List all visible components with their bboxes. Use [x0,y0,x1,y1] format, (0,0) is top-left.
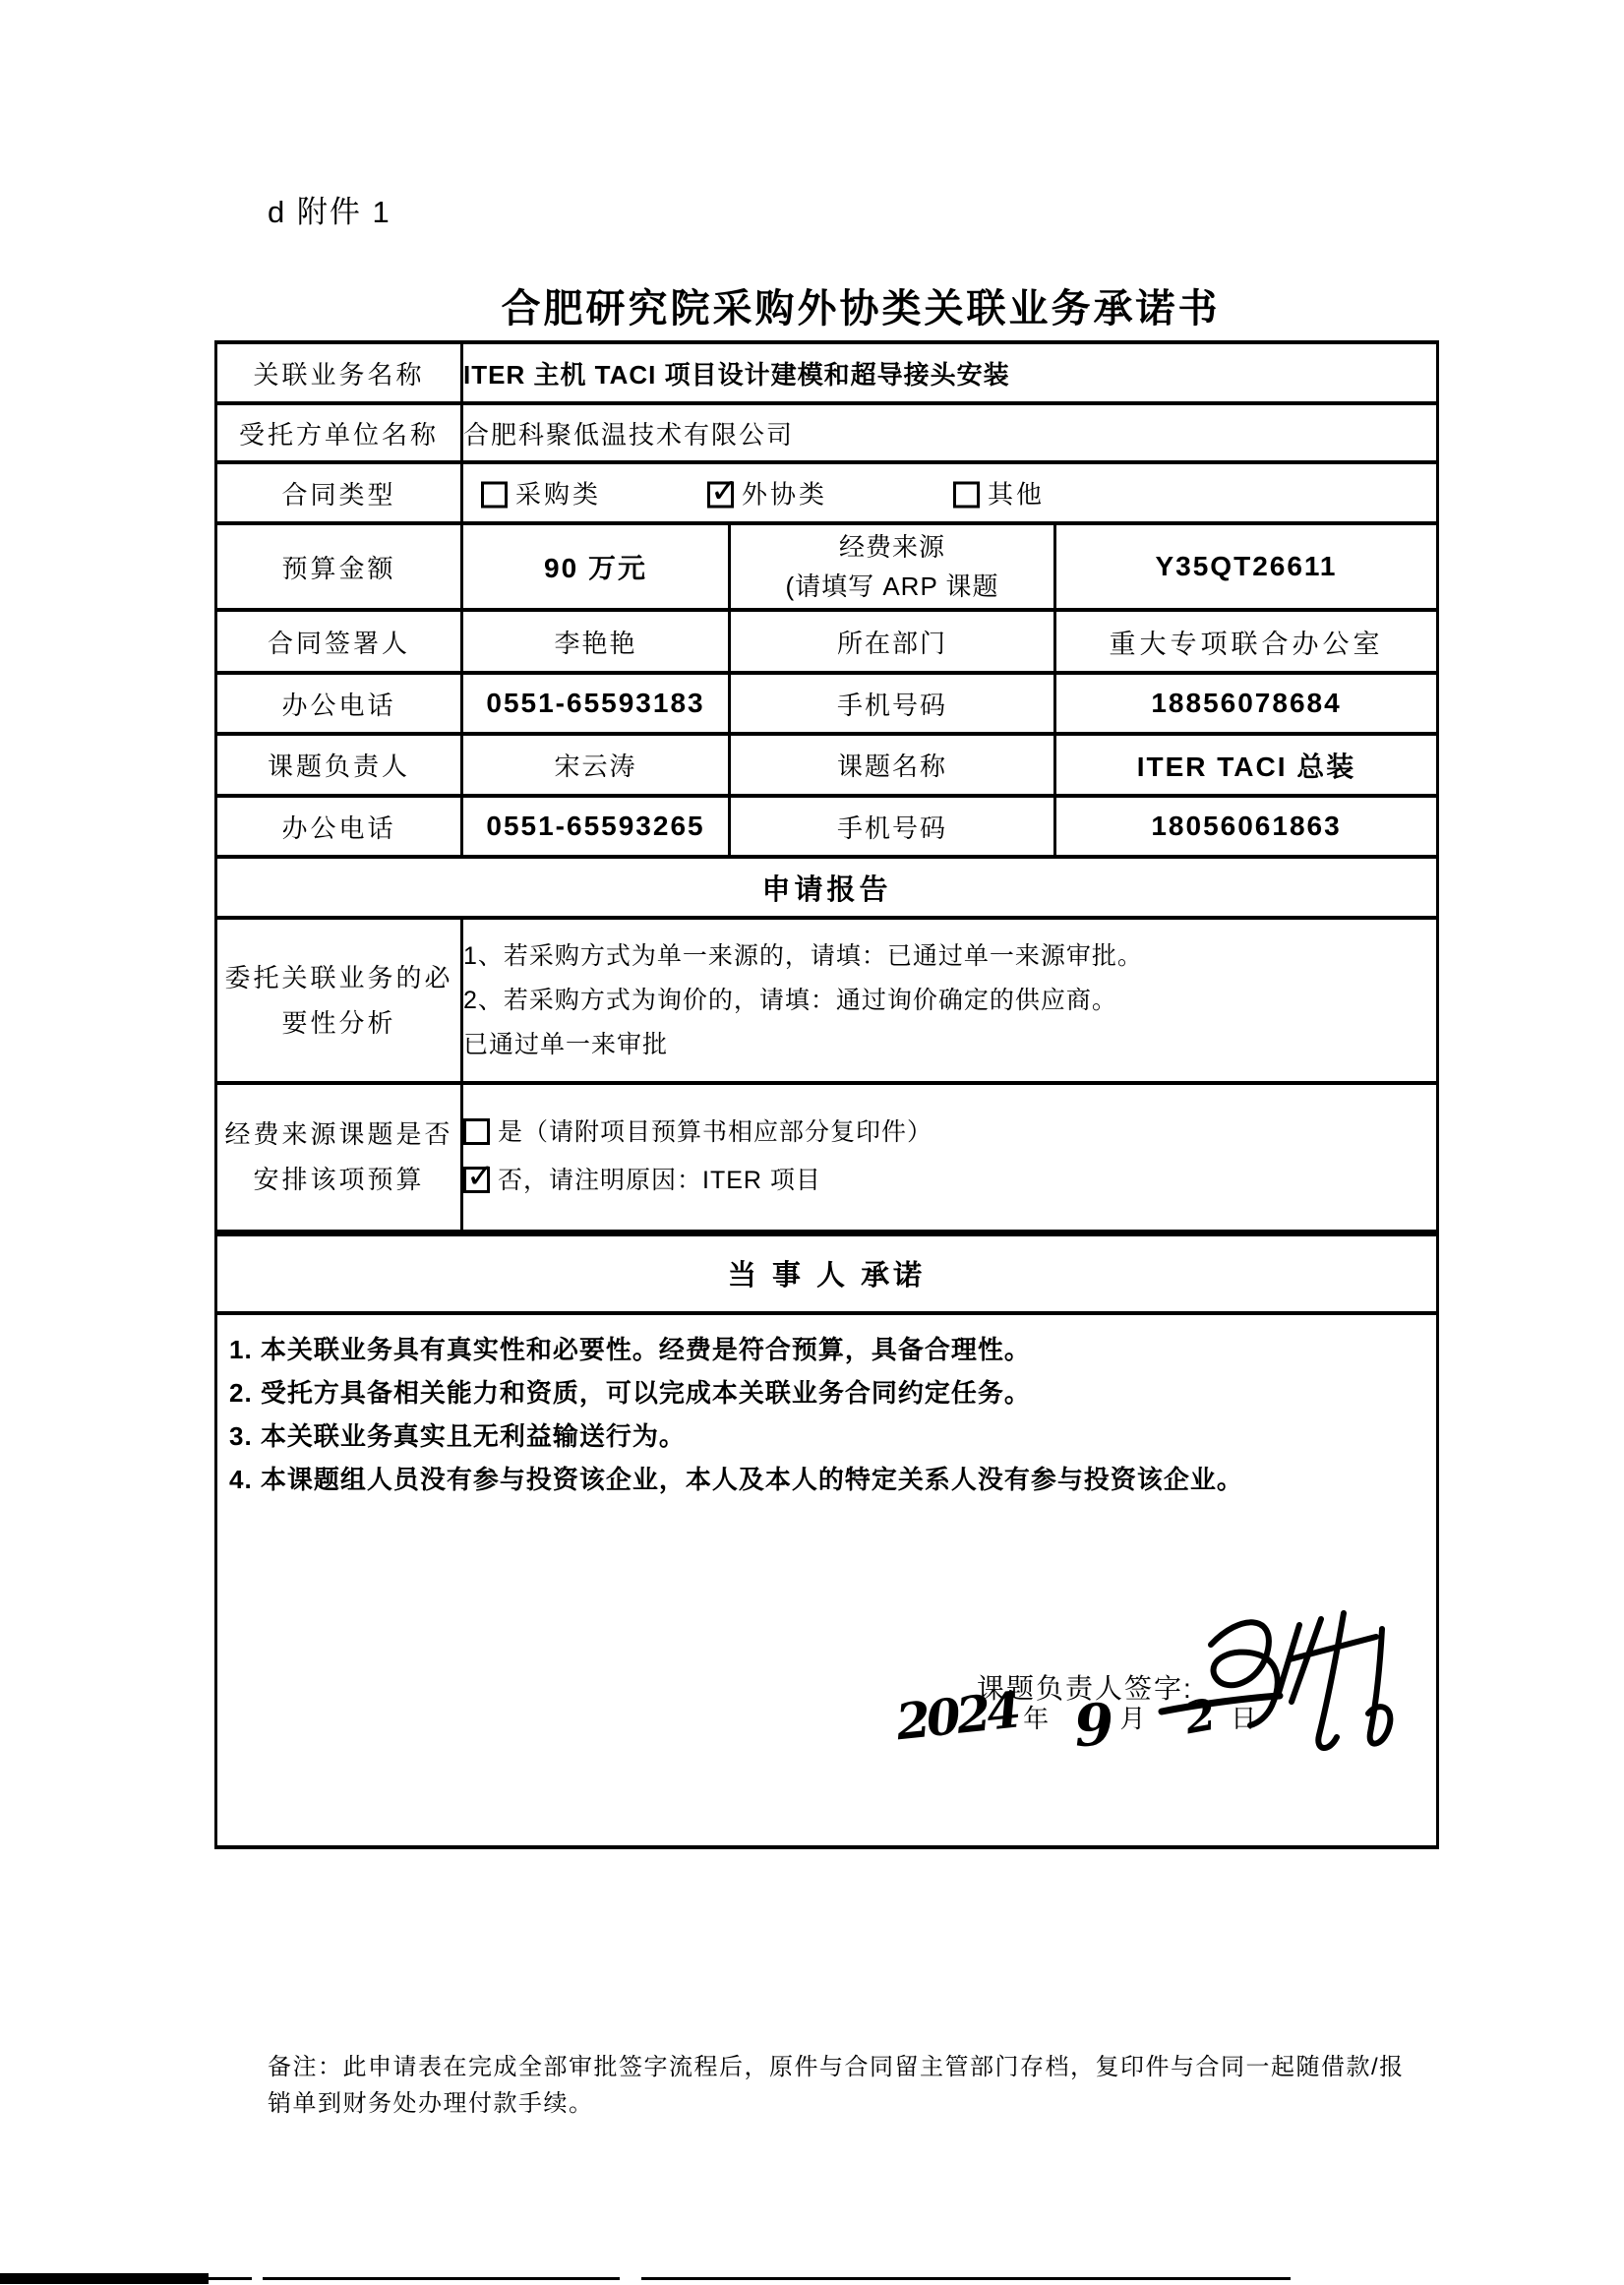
option-purchase-label: 采购类 [515,480,601,510]
signer-label: 合同签署人 [216,610,462,673]
party-commitment-header: 当 事 人 承诺 [216,1233,1438,1313]
budget-value: 90 万元 [462,523,730,610]
commitment-item: 1. 本关联业务具有真实性和必要性。经费是符合预算，具备合理性。 [229,1337,1426,1363]
handwritten-day: 2 [1180,1690,1219,1745]
document-title: 合肥研究院采购外协类关联业务承诺书 [25,277,1624,333]
project-name-label: 课题名称 [730,734,1055,796]
pi-label: 课题负责人 [216,734,462,796]
budget-arranged-content: 是（请附项目预算书相应部分复印件） ✓否，请注明原因：ITER 项目 [462,1083,1438,1233]
application-report-header: 申请报告 [216,857,1438,918]
office-phone1-label: 办公电话 [216,673,462,734]
option-outsourcing: ✓外协类 [707,475,827,511]
budget-arranged-no: ✓否，请注明原因：ITER 项目 [463,1157,1436,1205]
commitment-item: 2. 受托方具备相关能力和资质，可以完成本关联业务合同约定任务。 [229,1380,1426,1407]
necessity-content: 1、若采购方式为单一来源的，请填：已通过单一来源审批。 2、若采购方式为询价的，… [462,918,1438,1083]
commitment-list: 1. 本关联业务具有真实性和必要性。经费是符合预算，具备合理性。 2. 受托方具… [229,1337,1426,1510]
footer-note: 备注：此申请表在完成全部审批签字流程后，原件与合同留主管部门存档，复印件与合同一… [268,2049,1448,2122]
row-office-phone-2: 办公电话 0551-65593265 手机号码 18056061863 [216,796,1438,857]
row-contract-type: 合同类型 采购类 ✓外协类 其他 [216,462,1438,523]
budget-label: 预算金额 [216,523,462,610]
commitment-form-table: 关联业务名称 ITER 主机 TACI 项目设计建模和超导接头安装 受托方单位名… [214,340,1439,1849]
handwritten-date: 2024年9月2日 [896,1687,1408,1766]
checkbox-no-checked-icon: ✓ [463,1167,490,1193]
row-trustee-unit: 受托方单位名称 合肥科聚低温技术有限公司 [216,403,1438,462]
scanned-document-page: d 附件 1 合肥研究院采购外协类关联业务承诺书 关联业务名称 ITER 主机 … [0,0,1624,2285]
footer-note-line2: 销单到财务处办理付款手续。 [268,2085,1448,2122]
attachment-label: d 附件 1 [268,187,391,231]
option-other-label: 其他 [988,480,1045,510]
office-phone1-value: 0551-65593183 [462,673,730,734]
checkbox-purchase-unchecked-icon [481,482,508,509]
year-suffix: 年 [1023,1699,1049,1735]
checkbox-other-unchecked-icon [953,482,980,509]
budget-arranged-yes: 是（请附项目预算书相应部分复印件） [463,1109,1436,1157]
row-party-commitment-header: 当 事 人 承诺 [216,1233,1438,1313]
office-phone2-label: 办公电话 [216,796,462,857]
trustee-unit-value: 合肥科聚低温技术有限公司 [462,403,1438,462]
footer-note-line1: 备注：此申请表在完成全部审批签字流程后，原件与合同留主管部门存档，复印件与合同一… [268,2049,1448,2085]
row-pi: 课题负责人 宋云涛 课题名称 ITER TACI 总装 [216,734,1438,796]
row-related-business: 关联业务名称 ITER 主机 TACI 项目设计建模和超导接头安装 [216,342,1438,403]
month-suffix: 月 [1120,1699,1146,1735]
office-phone2-value: 0551-65593265 [462,796,730,857]
checkbox-outsourcing-checked-icon: ✓ [707,482,734,509]
option-purchase: 采购类 [481,475,601,511]
budget-arranged-label: 经费来源课题是否 安排该项预算 [216,1083,462,1233]
dept-label: 所在部门 [730,610,1055,673]
row-budget: 预算金额 90 万元 经费来源 (请填写 ARP 课题 Y35QT26611 [216,523,1438,610]
row-application-report-header: 申请报告 [216,857,1438,918]
row-office-phone-1: 办公电话 0551-65593183 手机号码 18856078684 [216,673,1438,734]
pi-value: 宋云涛 [462,734,730,796]
handwritten-year: 2024 [893,1681,1020,1752]
day-suffix: 日 [1231,1699,1256,1735]
mobile1-value: 18856078684 [1055,673,1438,734]
row-necessity: 委托关联业务的必 要性分析 1、若采购方式为单一来源的，请填：已通过单一来源审批… [216,918,1438,1083]
row-signer: 合同签署人 李艳艳 所在部门 重大专项联合办公室 [216,610,1438,673]
dept-value: 重大专项联合办公室 [1055,610,1438,673]
signer-value: 李艳艳 [462,610,730,673]
option-outsourcing-label: 外协类 [742,480,827,510]
project-name-value: ITER TACI 总装 [1055,734,1438,796]
funding-source-label: 经费来源 (请填写 ARP 课题 [730,523,1055,610]
related-business-value: ITER 主机 TACI 项目设计建模和超导接头安装 [462,342,1438,403]
commitment-item: 3. 本关联业务真实且无利益输送行为。 [229,1423,1426,1450]
mobile1-label: 手机号码 [730,673,1055,734]
checkbox-yes-unchecked-icon [463,1118,490,1145]
funding-source-value: Y35QT26611 [1055,523,1438,610]
mobile2-value: 18056061863 [1055,796,1438,857]
contract-type-label: 合同类型 [216,462,462,523]
related-business-label: 关联业务名称 [216,342,462,403]
contract-type-options: 采购类 ✓外协类 其他 [463,464,1436,521]
necessity-label: 委托关联业务的必 要性分析 [216,918,462,1083]
handwritten-month: 9 [1072,1691,1116,1761]
trustee-unit-label: 受托方单位名称 [216,403,462,462]
row-budget-arranged: 经费来源课题是否 安排该项预算 是（请附项目预算书相应部分复印件） ✓否，请注明… [216,1083,1438,1233]
row-commitments: 1. 本关联业务具有真实性和必要性。经费是符合预算，具备合理性。 2. 受托方具… [216,1313,1438,1847]
option-other: 其他 [953,475,1045,511]
commitment-item: 4. 本课题组人员没有参与投资该企业，本人及本人的特定关系人没有参与投资该企业。 [229,1467,1426,1493]
mobile2-label: 手机号码 [730,796,1055,857]
scan-artifact-bar [0,2273,209,2284]
scan-artifact-line [209,2277,1291,2280]
